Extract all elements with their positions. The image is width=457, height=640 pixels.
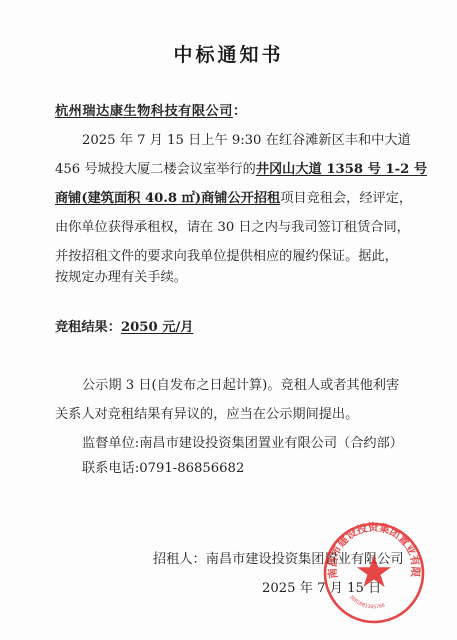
- official-seal-stamp: 南昌市建设投资集团置业有限公司 3601081165760: [322, 521, 426, 625]
- contact-phone: 0791-86856682: [139, 461, 244, 476]
- seal-ring-text: 南昌市建设投资集团置业有限公司: [322, 521, 422, 579]
- supervisor-value: 南昌市建设投资集团置业有限公司（合约部）: [139, 436, 403, 451]
- result-line: 竞租结果：2050 元/月: [55, 320, 193, 336]
- property-address-part1: 井冈山大道 1358 号 1-2 号: [256, 162, 427, 177]
- document-page: 中标通知书 杭州瑞达康生物科技有限公司： 2025 年 7 月 15 日上午 9…: [0, 0, 457, 640]
- body-line-6: 按规定办理有关手续。: [55, 270, 187, 286]
- body-line-1: 2025 年 7 月 15 日上午 9:30 在红谷滩新区丰和中大道: [82, 133, 411, 149]
- body-line-2: 456 号城投大厦二楼会议室举行的井冈山大道 1358 号 1-2 号: [55, 162, 427, 178]
- signature-company: 南昌市建设投资集团置业有限公司: [206, 552, 404, 567]
- notice-line-1: 公示期 3 日(自发布之日起计算)。竞租人或者其他利害: [82, 378, 399, 394]
- body-line-3-post: 项目竞租会，经评定，: [280, 191, 412, 206]
- body-line-3: 商铺(建筑面积 40.8 ㎡)商铺公开招租项目竞租会，经评定，: [55, 191, 412, 207]
- body-line-5: 并按招租文件的要求向我单位提供相应的履约保证。据此，: [55, 249, 398, 265]
- body-line-4: 由你单位获得承租权，请在 30 日之内与我司签订租赁合同，: [55, 220, 410, 236]
- result-value: 2050 元/月: [121, 320, 194, 335]
- page-title: 中标通知书: [0, 40, 457, 67]
- notice-line-2: 关系人对竞租结果有异议的，应当在公示期间提出。: [55, 407, 358, 423]
- contact-line: 联系电话:0791-86856682: [82, 461, 244, 477]
- addressee-line: 杭州瑞达康生物科技有限公司：: [55, 104, 247, 120]
- addressee-name: 杭州瑞达康生物科技有限公司: [55, 104, 233, 119]
- addressee-colon: ：: [233, 104, 247, 119]
- result-label: 竞租结果：: [55, 320, 121, 335]
- signature-date: 2025 年 7 月 15 日: [262, 581, 381, 597]
- signature-line: 招租人：南昌市建设投资集团置业有限公司: [153, 552, 404, 568]
- supervisor-line: 监督单位:南昌市建设投资集团置业有限公司（合约部）: [82, 436, 403, 452]
- body-line-2-pre: 456 号城投大厦二楼会议室举行的: [55, 162, 256, 177]
- contact-label: 联系电话:: [82, 461, 139, 476]
- seal-ring: [325, 524, 423, 622]
- property-address-part2: 商铺(建筑面积 40.8 ㎡)商铺公开招租: [55, 191, 280, 206]
- signature-label: 招租人：: [153, 552, 206, 567]
- supervisor-label: 监督单位:: [82, 436, 139, 451]
